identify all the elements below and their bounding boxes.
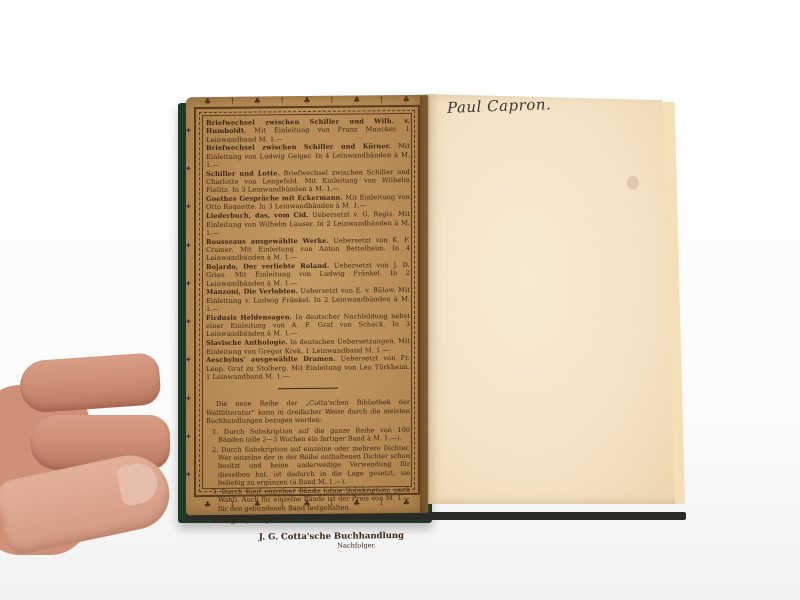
catalog-entry: Briefwechsel zwischen Schiller und Körne… [206, 142, 410, 169]
thumbnail [115, 460, 160, 507]
subscription-option: 2. Durch Subskription auf einzelne oder … [218, 444, 410, 487]
catalog-entry: Goethes Gespräche mit Eckermann. Mit Ein… [206, 193, 410, 212]
catalog-entry: Briefwechsel zwischen Schiller und Wilh.… [206, 117, 410, 144]
catalog-entry: Liederbuch, das, vom Cid. Uebersetzt v. … [206, 210, 410, 237]
catalog-entry: Schiller und Lotte. Briefwechsel zwische… [206, 168, 410, 195]
catalog-entry: Manzoni, Die Verlobten. Uebersetzt von E… [206, 286, 410, 313]
right-flyleaf-page [425, 94, 675, 504]
catalog-entry: Firdusis Heldensagen. In deutscher Nachb… [206, 312, 410, 339]
catalog-entry: Slavische Anthologie. In deutschen Ueber… [206, 337, 410, 356]
catalog-entry: Aeschylus' ausgewählte Dramen. Uebersetz… [206, 354, 410, 381]
publisher-successor: Nachfolger. [206, 542, 376, 552]
subscription-option: 1. Durch Subskription auf die ganze Reih… [218, 426, 410, 445]
dateline: Stuttgart, im April 1892. [212, 515, 410, 525]
owner-signature: Paul Capron. [447, 95, 552, 117]
left-endpaper-page: ♣↑♣↑♣↑♣↑♣ ✦✦✦✦✦✦✦✦✦✦ Briefwechsel zwisch… [186, 95, 428, 516]
photo-scene: Paul Capron. ♣↑♣↑♣↑♣↑♣ ✦✦✦✦✦✦✦✦✦✦ Briefw… [0, 0, 800, 600]
foxing-spot [627, 176, 639, 190]
holding-hand [0, 335, 200, 550]
section-divider [278, 388, 338, 390]
catalog-entry: Rousseaus ausgewählte Werke. Uebersetzt … [206, 236, 410, 263]
subscription-intro: Die neue Reihe der „Cotta'schen Biblioth… [206, 398, 410, 425]
book-gutter [420, 96, 430, 514]
advertisement-text: Briefwechsel zwischen Schiller und Wilh.… [206, 117, 410, 552]
index-finger [18, 352, 161, 414]
catalog-entry: Bojardo, Der verliebte Roland. Uebersetz… [206, 261, 410, 288]
